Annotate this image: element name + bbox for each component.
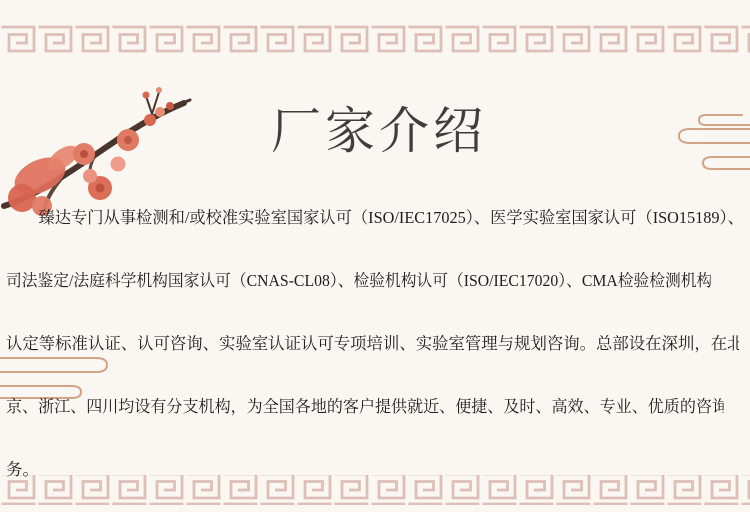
page-title: 厂家介绍 <box>0 103 750 159</box>
manufacturer-intro-page: 厂家介绍 臻达专门从事检测和/或校准实验室国家认可（ISO/IEC17025）、… <box>0 0 750 512</box>
paragraph-line-5: 务。 <box>6 438 744 501</box>
paragraph-line-1: 臻达专门从事检测和/或校准实验室国家认可（ISO/IEC17025）、医学实验室… <box>6 186 733 249</box>
intro-paragraph: 臻达专门从事检测和/或校准实验室国家认可（ISO/IEC17025）、医学实验室… <box>6 186 744 501</box>
paragraph-line-2: 司法鉴定/法庭科学机构国家认可（CNAS-CL08）、检验机构认可（ISO/IE… <box>6 249 711 312</box>
paragraph-line-3: 认定等标准认证、认可咨询、实验室认证认可专项培训、实验室管理与规划咨询。总部设在… <box>6 312 739 375</box>
paragraph-line-4: 京、浙江、四川均设有分支机构，为全国各地的客户提供就近、便捷、及时、高效、专业、… <box>6 375 724 438</box>
